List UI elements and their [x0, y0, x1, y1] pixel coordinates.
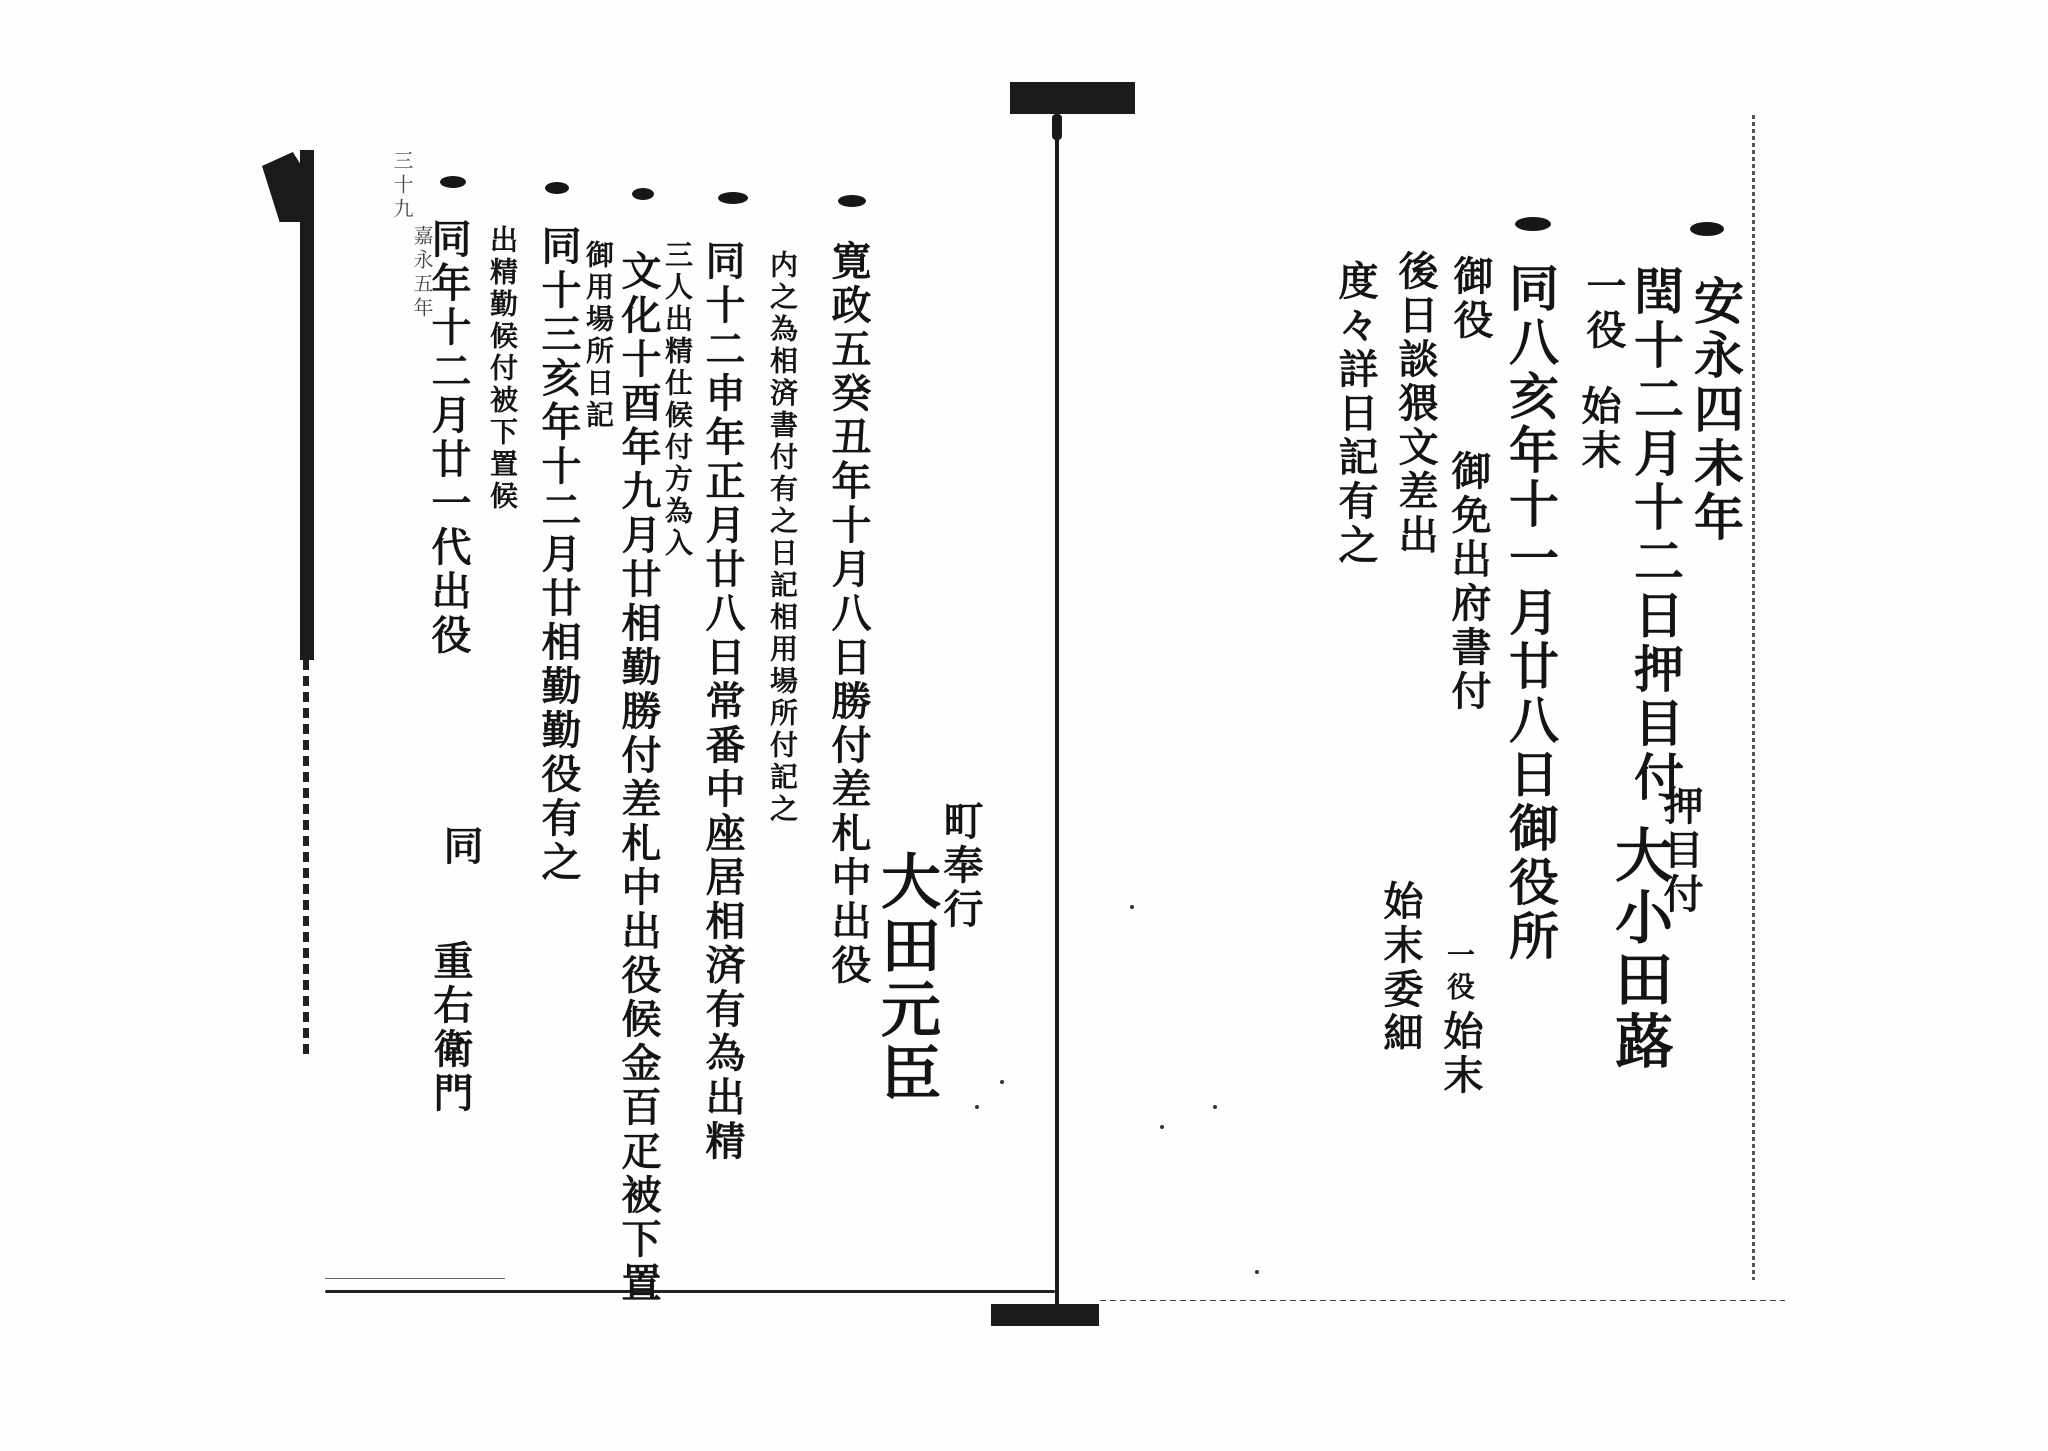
- paper-speck: [1160, 1125, 1164, 1129]
- text-column: 安永四未年: [1690, 275, 1740, 545]
- text-column: 閏十二月十二日押目付: [1630, 265, 1680, 805]
- paper-speck: [1000, 1080, 1004, 1084]
- text-column: 御免出府書付: [1448, 450, 1488, 714]
- text-column: 同八亥年十一月廿八日御役所: [1505, 262, 1555, 964]
- text-column: 文化十酉年九月廿相勤勝付差札中出役候金百疋被下置: [618, 250, 658, 1306]
- binding-clamp-top: [1010, 82, 1135, 114]
- item-marker: [718, 192, 748, 204]
- right-page-edge: [1752, 115, 1755, 1280]
- text-column: 始末委細: [1380, 880, 1420, 1056]
- item-marker: [545, 182, 569, 194]
- text-column: 出精勤候付被下置候: [488, 225, 516, 513]
- text-column: 同年十二月廿一代出役: [428, 218, 468, 658]
- signature-name: 大田元臣: [876, 850, 936, 1106]
- text-column: 御役: [1450, 255, 1490, 343]
- margin-note-number: 三十九: [392, 150, 412, 222]
- text-column: 一役: [1445, 940, 1473, 1004]
- item-marker: [1515, 217, 1551, 231]
- left-page-bottom-rule: [325, 1290, 1055, 1293]
- item-marker: [632, 188, 654, 200]
- signature-name: 重右衛門: [430, 940, 470, 1116]
- text-column: 度々詳日記有之: [1335, 260, 1375, 568]
- binding-rod: [1055, 114, 1059, 1304]
- left-page-spine-edge: [303, 660, 309, 1060]
- item-marker: [440, 176, 466, 188]
- text-column: 始末: [1440, 1010, 1480, 1098]
- text-column: 始末: [1578, 385, 1618, 473]
- paper-speck: [1130, 905, 1134, 909]
- text-column: 同十二申年正月廿八日常番中座居相済有為出精: [702, 240, 742, 1164]
- text-column: 三人出精仕候付方為入: [663, 240, 691, 560]
- item-marker: [838, 195, 866, 207]
- text-column: 寛政五癸丑年十月八日勝付差札中出役: [828, 240, 868, 988]
- paper-speck: [1255, 1270, 1259, 1274]
- text-column: 御用場所日記: [584, 240, 612, 432]
- signature-title: 同: [440, 825, 480, 869]
- signature-title: 町奉行: [940, 800, 980, 932]
- text-column: 内之為相済書付有之日記相用場所付記之: [768, 250, 796, 826]
- text-column: 一役: [1583, 265, 1623, 353]
- text-column: 同十三亥年十二月廿相勤勤役有之: [538, 225, 578, 885]
- item-marker: [1690, 222, 1724, 236]
- text-column: 後日談猥文差出: [1395, 250, 1435, 558]
- left-page-bottom-rule-faint: [325, 1278, 505, 1279]
- paper-speck: [975, 1105, 979, 1109]
- right-page-bottom-rule: [1100, 1300, 1785, 1301]
- paper-speck: [1213, 1105, 1217, 1109]
- signature-name: 大小田蕗: [1610, 825, 1668, 1073]
- binding-clamp-bottom: [991, 1304, 1099, 1326]
- left-page-spine: [300, 150, 314, 660]
